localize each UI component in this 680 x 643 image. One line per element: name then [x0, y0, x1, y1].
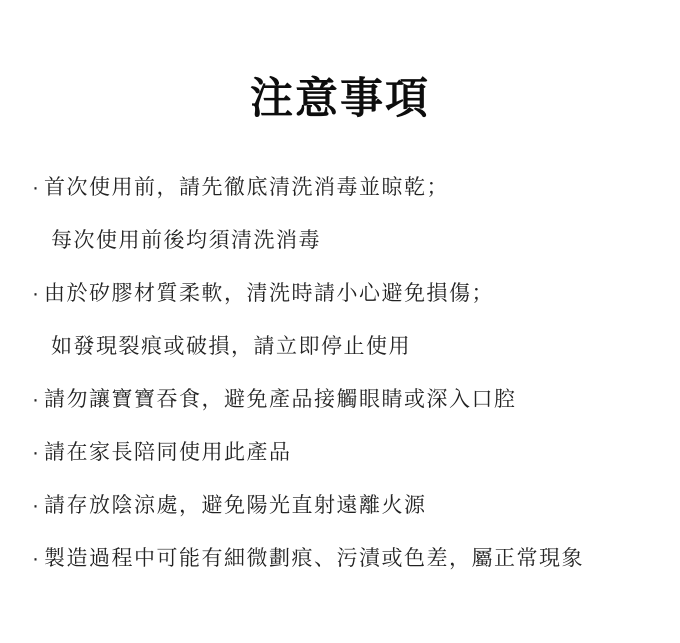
note-item: · 製造過程中可能有細微劃痕、污漬或色差，屬正常現象: [0, 532, 680, 585]
note-line: 請在家長陪同使用此產品: [44, 426, 680, 479]
note-item: · 由於矽膠材質柔軟，清洗時請小心避免損傷；如發現裂痕或破損，請立即停止使用: [0, 267, 680, 373]
note-line: 請勿讓寶寶吞食，避免產品接觸眼睛或深入口腔: [44, 373, 680, 426]
bullet-dot-icon: ·: [32, 161, 39, 214]
note-item: · 首次使用前，請先徹底清洗消毒並晾乾；每次使用前後均須清洗消毒: [0, 161, 680, 267]
page-title: 注意事項: [0, 0, 680, 121]
note-item: · 請勿讓寶寶吞食，避免產品接觸眼睛或深入口腔: [0, 373, 680, 426]
bullet-dot-icon: ·: [32, 373, 39, 426]
note-line: 首次使用前，請先徹底清洗消毒並晾乾；: [44, 161, 680, 214]
notes-list: · 首次使用前，請先徹底清洗消毒並晾乾；每次使用前後均須清洗消毒 · 由於矽膠材…: [0, 161, 680, 585]
note-item: · 請存放陰涼處，避免陽光直射遠離火源: [0, 479, 680, 532]
note-line: 由於矽膠材質柔軟，清洗時請小心避免損傷；: [44, 267, 680, 320]
bullet-dot-icon: ·: [32, 479, 39, 532]
note-line: 如發現裂痕或破損，請立即停止使用: [51, 320, 680, 373]
bullet-dot-icon: ·: [32, 267, 39, 320]
note-item: · 請在家長陪同使用此產品: [0, 426, 680, 479]
note-line: 每次使用前後均須清洗消毒: [51, 214, 680, 267]
bullet-dot-icon: ·: [32, 532, 39, 585]
note-line: 製造過程中可能有細微劃痕、污漬或色差，屬正常現象: [44, 532, 680, 585]
notice-page: 注意事項 · 首次使用前，請先徹底清洗消毒並晾乾；每次使用前後均須清洗消毒 · …: [0, 0, 680, 643]
note-line: 請存放陰涼處，避免陽光直射遠離火源: [44, 479, 680, 532]
bullet-dot-icon: ·: [32, 426, 39, 479]
